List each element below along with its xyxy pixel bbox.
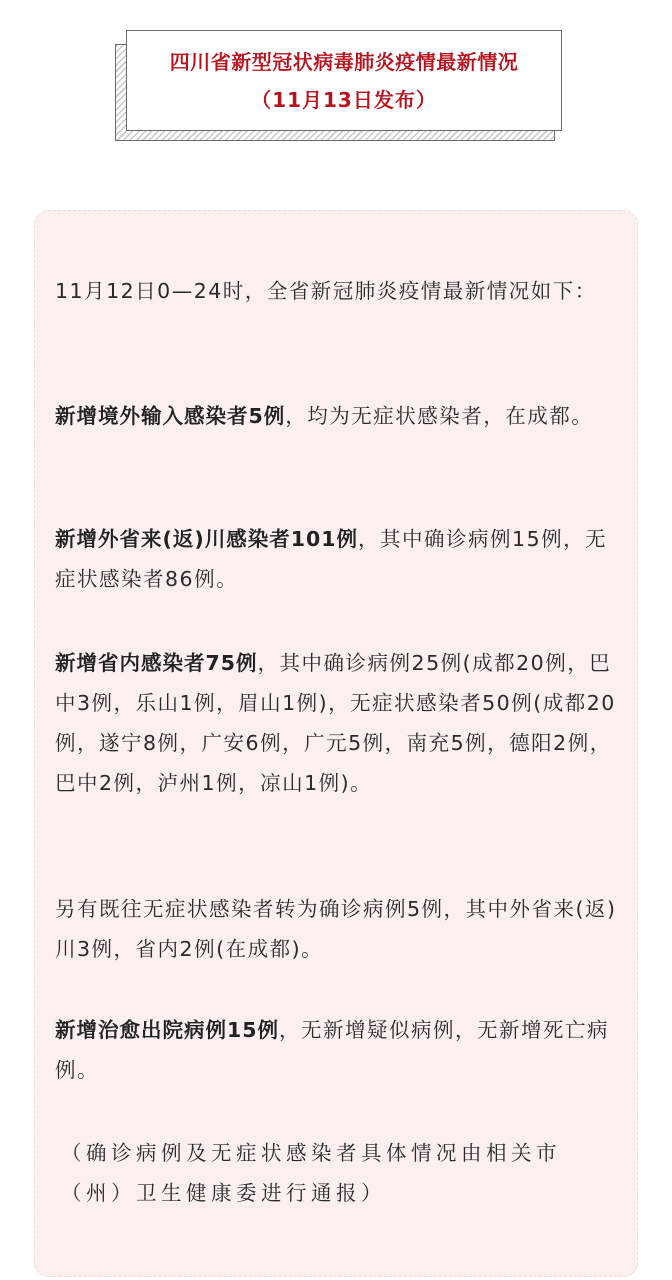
intro-paragraph: 11月12日0—24时，全省新冠肺炎疫情最新情况如下： (55, 271, 623, 311)
report-header: 四川省新型冠状病毒肺炎疫情最新情况 （11月13日发布） (0, 0, 672, 160)
paragraph-converted-cases: 另有既往无症状感染者转为确诊病例5例，其中外省来(返)川3例，省内2例(在成都)… (55, 889, 623, 969)
paragraph-highlight: 新增治愈出院病例15例 (55, 1018, 279, 1042)
report-card: 11月12日0—24时，全省新冠肺炎疫情最新情况如下： 新增境外输入感染者5例，… (34, 210, 638, 1277)
paragraph-highlight: 新增省内感染者75例 (55, 651, 258, 675)
paragraph-highlight: 新增外省来(返)川感染者101例 (55, 527, 358, 551)
paragraph-text: 另有既往无症状感染者转为确诊病例5例，其中外省来(返)川3例，省内2例(在成都)… (55, 897, 617, 961)
header-title-box: 四川省新型冠状病毒肺炎疫情最新情况 （11月13日发布） (126, 30, 562, 131)
paragraph-recovered: 新增治愈出院病例15例，无新增疑似病例，无新增死亡病例。 (55, 1010, 623, 1090)
paragraph-out-of-province: 新增外省来(返)川感染者101例，其中确诊病例15例，无症状感染者86例。 (55, 519, 623, 599)
publish-date: （11月13日发布） (251, 87, 437, 113)
page-title: 四川省新型冠状病毒肺炎疫情最新情况 (170, 49, 519, 75)
paragraph-text: ，均为无症状感染者，在成都。 (285, 404, 593, 428)
paragraph-in-province: 新增省内感染者75例，其中确诊病例25例(成都20例，巴中3例，乐山1例，眉山1… (55, 643, 623, 803)
footnote: （确诊病例及无症状感染者具体情况由相关市（州）卫生健康委进行通报） (61, 1133, 621, 1213)
paragraph-highlight: 新增境外输入感染者5例 (55, 404, 285, 428)
paragraph-overseas-imported: 新增境外输入感染者5例，均为无症状感染者，在成都。 (55, 396, 623, 436)
